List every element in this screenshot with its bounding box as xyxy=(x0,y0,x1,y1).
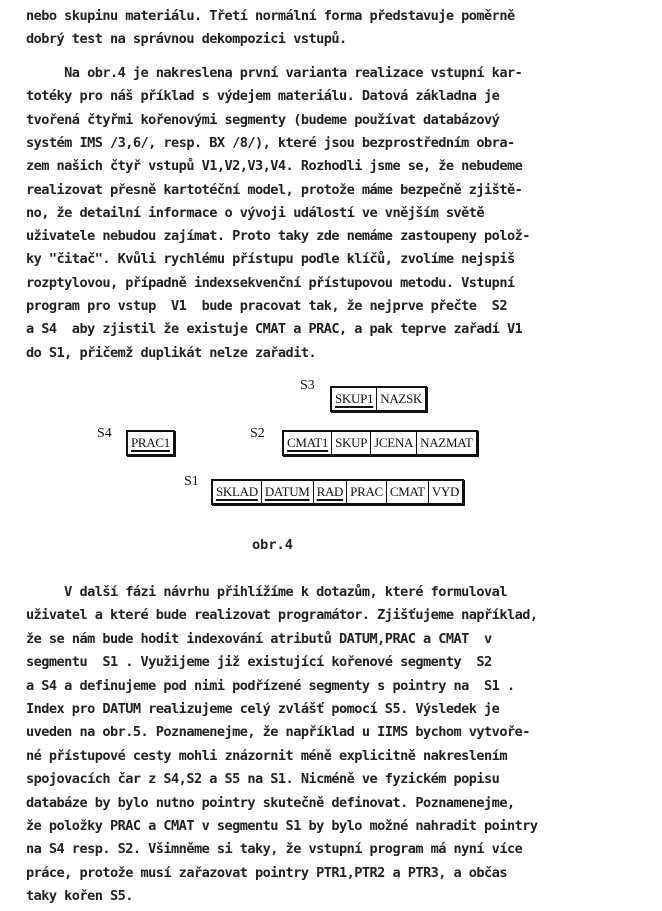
segment-s2: CMAT1SKUPJCENANAZMAT xyxy=(282,430,478,456)
text-line: uživatel a které bude realizovat program… xyxy=(26,607,538,623)
text-line: realizovat přesně kartotéční model, prot… xyxy=(26,182,522,198)
text-line: a S4 a definujeme pod nimi podřízené seg… xyxy=(26,678,515,694)
text-line: uživatele nebudou zajímat. Proto taky zd… xyxy=(26,228,530,244)
segment-field: CMAT1 xyxy=(284,432,332,454)
segment-label-s4: S4 xyxy=(97,426,112,442)
segment-field: SKUP1 xyxy=(332,388,377,410)
text-line: uveden na obr.5. Poznamenejme, že napřík… xyxy=(26,724,530,740)
segment-field: JCENA xyxy=(371,432,417,454)
segment-s1: SKLADDATUMRADPRACCMATVYD xyxy=(211,479,464,505)
text-line: zem našich čtyř vstupů V1,V2,V3,V4. Rozh… xyxy=(26,158,522,174)
text-line: segmentu S1 . Využijeme již existující k… xyxy=(26,654,492,670)
text-line: spojovacích čar z S4,S2 a S5 na S1. Nicm… xyxy=(26,771,499,787)
text-line: tvořená čtyřmi kořenovými segmenty (bude… xyxy=(26,112,499,128)
figure-caption: obr.4 xyxy=(252,537,293,553)
segment-label-s2: S2 xyxy=(250,426,265,442)
segment-field: VYD xyxy=(429,481,462,503)
segment-label-s3: S3 xyxy=(300,378,315,394)
text-line: program pro vstup V1 bude pracovat tak, … xyxy=(26,298,507,314)
text-line: nebo skupinu materiálu. Třetí normální f… xyxy=(26,8,515,24)
segment-field: PRAC xyxy=(347,481,387,503)
text-line: no, že detailní informace o vývoji událo… xyxy=(26,205,484,221)
text-line: práce, protože musí zařazovat pointry PT… xyxy=(26,865,507,881)
segment-field: SKUP xyxy=(332,432,371,454)
segment-field: DATUM xyxy=(262,481,314,503)
text-line: Index pro DATUM realizujeme celý zvlášť … xyxy=(26,701,499,717)
text-line: né přístupové cesty mohli znázornit méně… xyxy=(26,748,507,764)
text-line: taky kořen S5. xyxy=(26,888,133,904)
segment-field: PRAC1 xyxy=(128,432,173,454)
text-line: Na obr.4 je nakreslena první varianta re… xyxy=(26,65,522,81)
text-line: na S4 resp. S2. Všimněme si taky, že vst… xyxy=(26,841,522,857)
text-line: že položky PRAC a CMAT v segmentu S1 by … xyxy=(26,818,538,834)
text-line: totéky pro náš příklad s výdejem materiá… xyxy=(26,88,499,104)
segment-field: NAZMAT xyxy=(417,432,475,454)
text-line: dobrý test na správnou dekompozici vstup… xyxy=(26,31,347,47)
text-line: ky "čitač". Kvůli rychlému přístupu podl… xyxy=(26,251,515,267)
text-line: V další fázi návrhu přihlížíme k dotazům… xyxy=(26,584,507,600)
text-line: do S1, přičemž duplikát nelze zařadit. xyxy=(26,345,316,361)
text-line: databáze by bylo nutno pointry skutečně … xyxy=(26,795,515,811)
segment-field: RAD xyxy=(314,481,348,503)
segment-label-s1: S1 xyxy=(184,474,199,490)
segment-field: NAZSK xyxy=(377,388,425,410)
segment-field: SKLAD xyxy=(213,481,262,503)
text-line: a S4 aby zjistil že existuje CMAT a PRAC… xyxy=(26,321,522,337)
text-line: systém IMS /3,6/, resp. BX /8/), které j… xyxy=(26,135,515,151)
segment-field: CMAT xyxy=(387,481,429,503)
segment-s4: PRAC1 xyxy=(126,430,175,456)
segment-s3: SKUP1NAZSK xyxy=(330,386,427,412)
text-line: rozptylovou, případně indexsekvenční pří… xyxy=(26,275,515,291)
text-line: že se nám bude hodit indexování atributů… xyxy=(26,631,492,647)
